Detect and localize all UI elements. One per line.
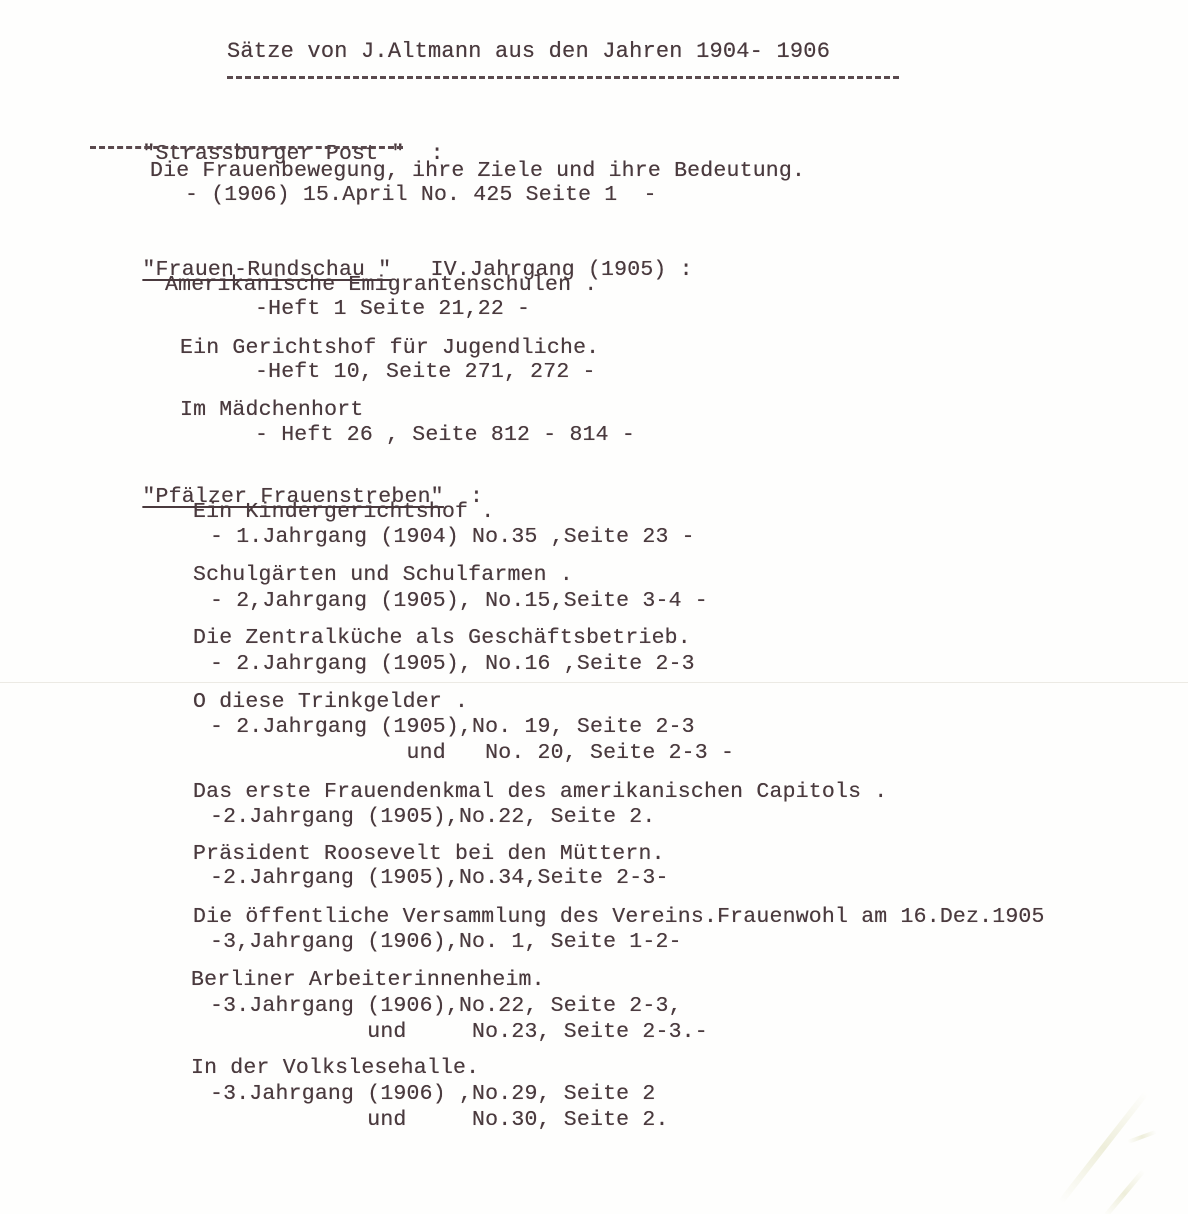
entry-reference: - 2.Jahrgang (1905), No.16 ,Seite 2-3	[210, 652, 695, 676]
entry-reference: - 2.Jahrgang (1905),No. 19, Seite 2-3	[210, 715, 695, 739]
entry-title: Amerikanische Emigrantenschulen .	[165, 273, 597, 297]
entry-title: Die Zentralküche als Geschäftsbetrieb.	[193, 626, 691, 650]
entry-reference: und No.23, Seite 2-3.-	[210, 1020, 708, 1044]
entry-reference: -Heft 10, Seite 271, 272 -	[255, 360, 596, 384]
entry-title: Die öffentliche Versammlung des Vereins.…	[193, 905, 1045, 929]
entry-reference: -2.Jahrgang (1905),No.22, Seite 2.	[210, 805, 655, 829]
document-title: Sätze von J.Altmann aus den Jahren 1904-…	[227, 40, 830, 64]
entry-reference: -Heft 1 Seite 21,22 -	[255, 297, 530, 321]
entry-title: In der Volkslesehalle.	[191, 1056, 479, 1080]
entry-reference: und No.30, Seite 2.	[210, 1108, 669, 1132]
entry-title: Ein Kindergerichtshof .	[193, 500, 494, 524]
entry-title: Schulgärten und Schulfarmen .	[193, 563, 573, 587]
entry-reference: -3.Jahrgang (1906),No.22, Seite 2-3,	[210, 994, 682, 1018]
entry-reference: - 1.Jahrgang (1904) No.35 ,Seite 23 -	[210, 525, 695, 549]
paper-stain-mark	[1103, 1169, 1145, 1214]
entry-reference: - Heft 26 , Seite 812 - 814 -	[255, 423, 635, 447]
entry-reference: -3,Jahrgang (1906),No. 1, Seite 1-2-	[210, 930, 682, 954]
entry-reference: - 2,Jahrgang (1905), No.15,Seite 3-4 -	[210, 589, 708, 613]
entry-title: O diese Trinkgelder .	[193, 690, 468, 714]
entry-reference: -3.Jahrgang (1906) ,No.29, Seite 2	[210, 1082, 655, 1106]
entry-title: Präsident Roosevelt bei den Müttern.	[193, 842, 665, 866]
entry-title: Die Frauenbewegung, ihre Ziele und ihre …	[150, 159, 805, 183]
paper-stain-mark	[1127, 1130, 1157, 1144]
typewritten-page: Sätze von J.Altmann aus den Jahren 1904-…	[0, 0, 1188, 1214]
paper-stain-mark	[1058, 1091, 1149, 1205]
entry-title: Berliner Arbeiterinnenheim.	[191, 968, 545, 992]
heading-underline	[90, 146, 403, 149]
paper-fold-line	[0, 682, 1188, 683]
title-underline	[227, 76, 899, 79]
entry-reference: - (1906) 15.April No. 425 Seite 1 -	[185, 183, 657, 207]
entry-reference: -2.Jahrgang (1905),No.34,Seite 2-3-	[210, 866, 669, 890]
entry-title: Im Mädchenhort	[180, 398, 363, 422]
entry-title: Ein Gerichtshof für Jugendliche.	[180, 336, 599, 360]
entry-title: Das erste Frauendenkmal des amerikanisch…	[193, 780, 887, 804]
entry-reference: und No. 20, Seite 2-3 -	[210, 741, 734, 765]
